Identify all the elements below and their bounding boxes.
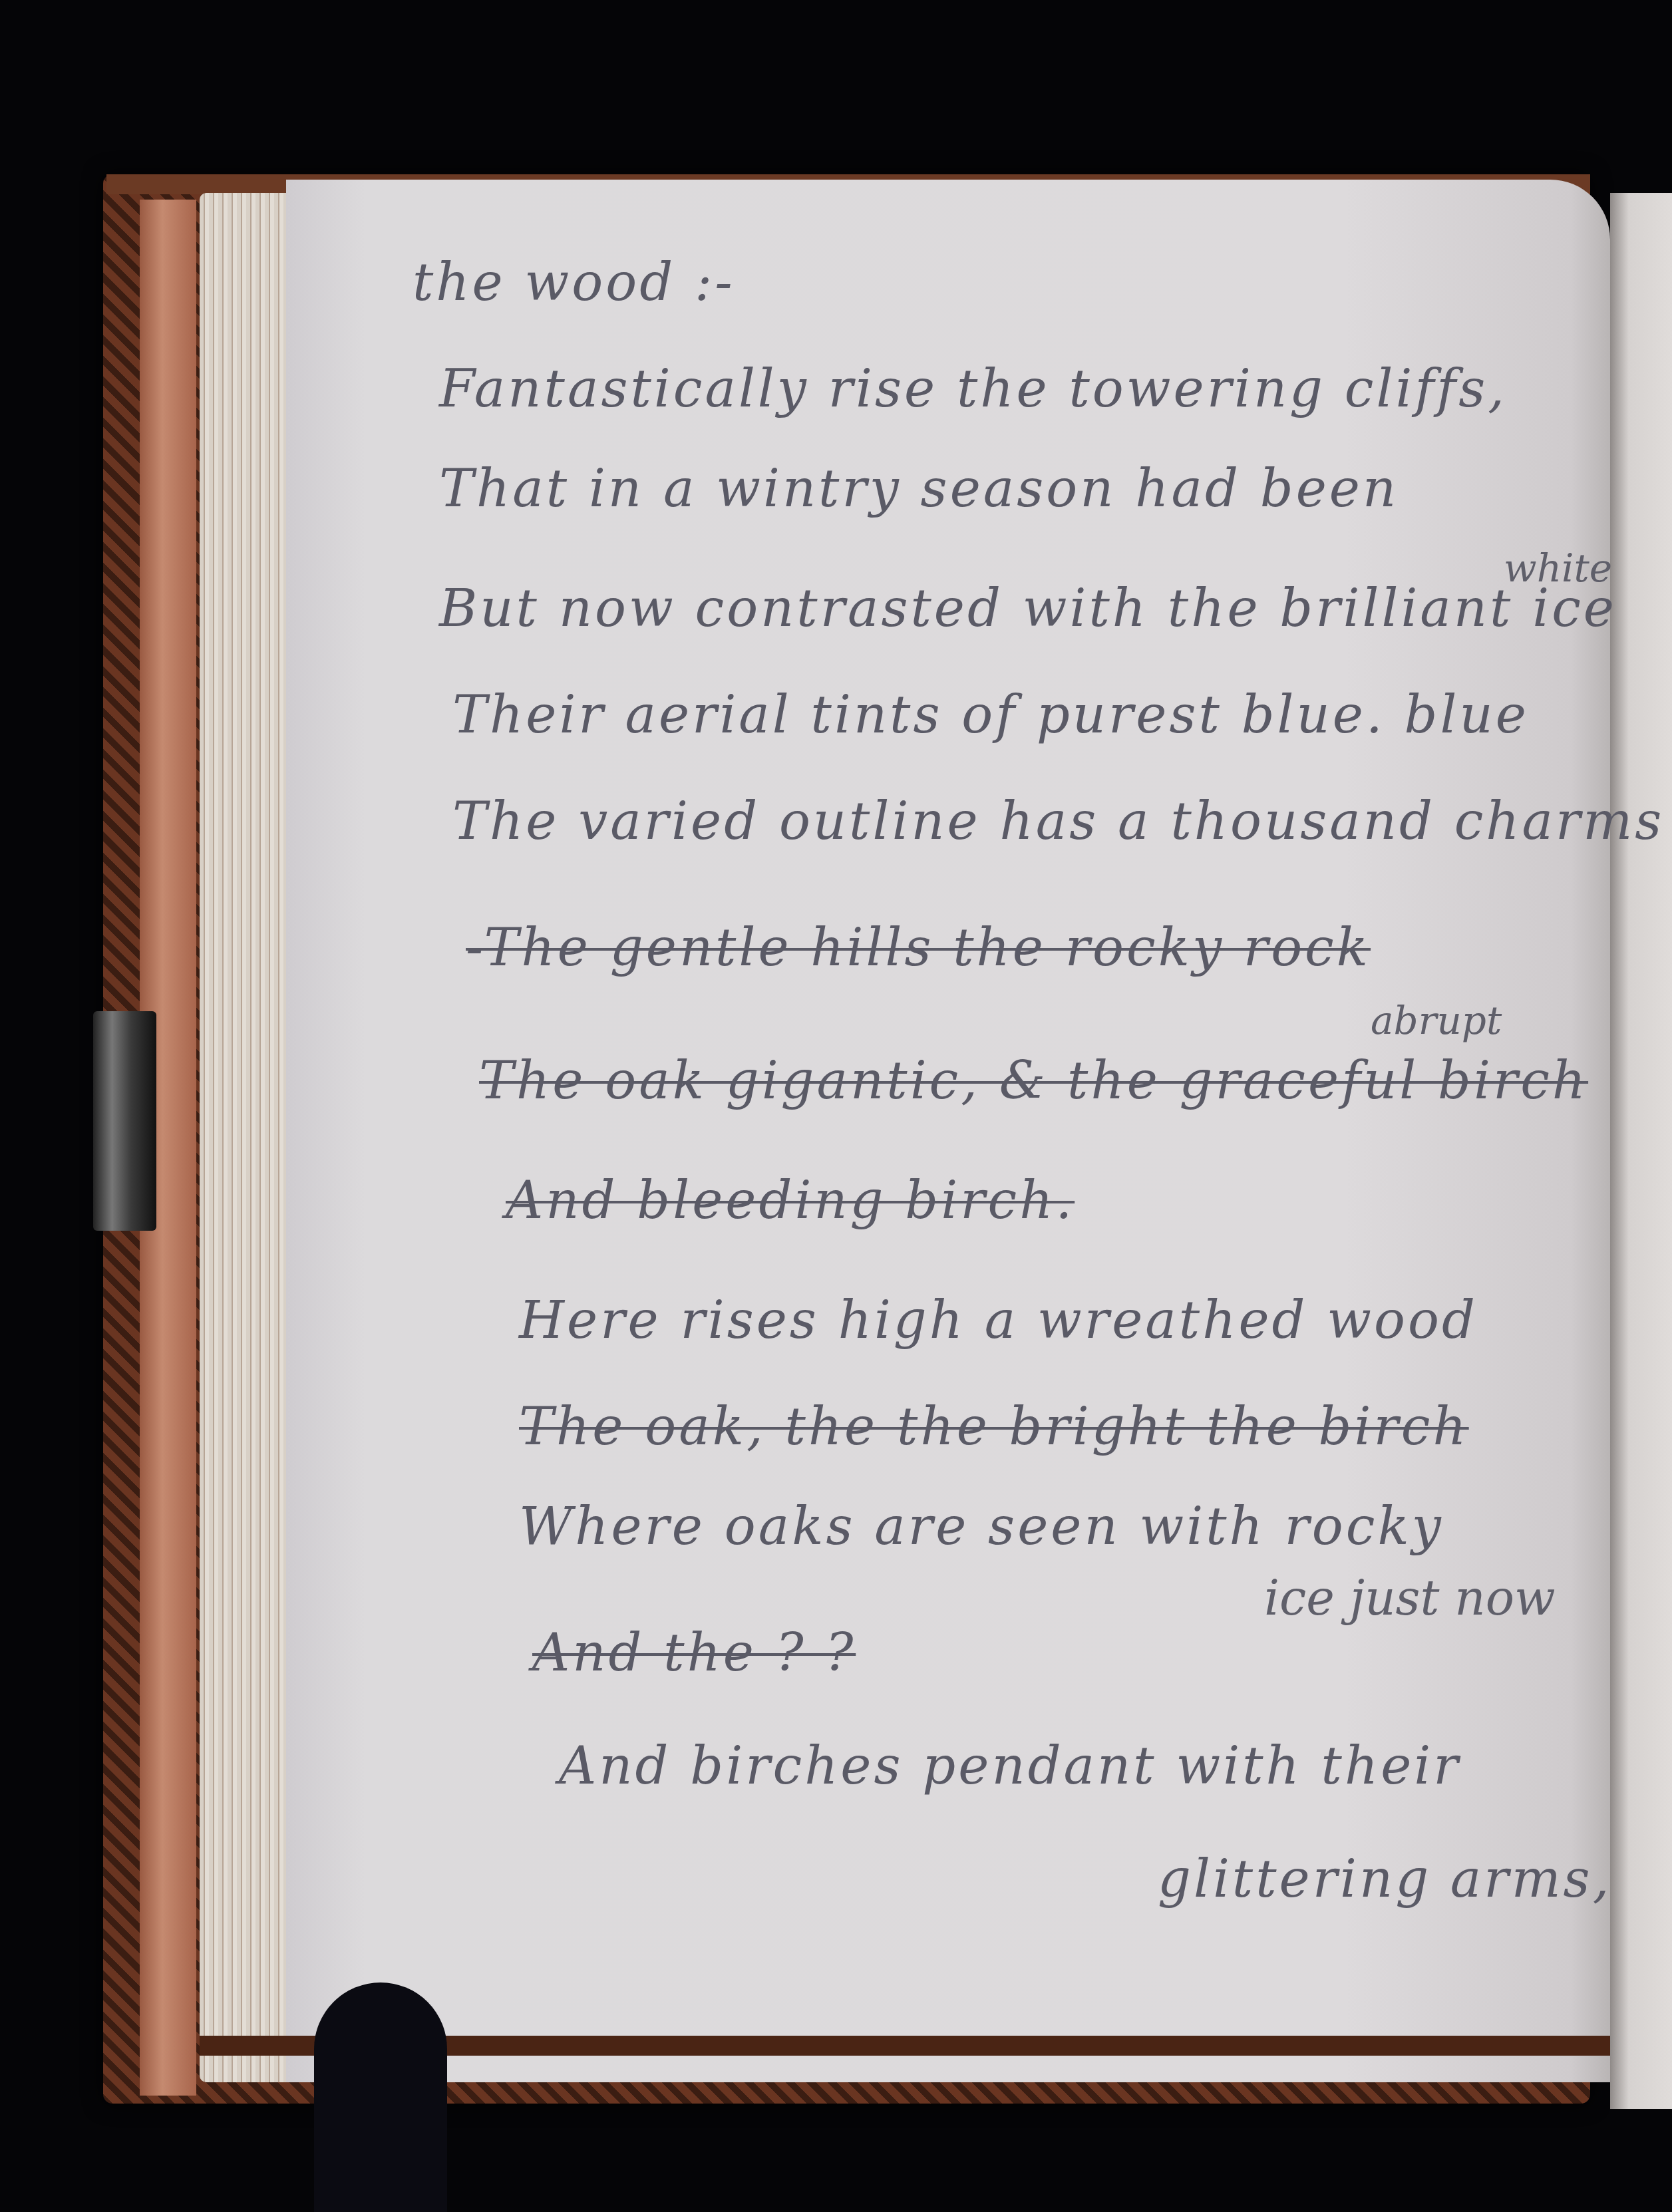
manuscript-line-struck: And bleeding birch. bbox=[506, 1171, 1075, 1231]
manuscript-line: Their aerial tints of purest blue. blue bbox=[452, 685, 1529, 745]
manuscript-line-struck: -The gentle hills the rocky rock bbox=[466, 918, 1371, 978]
manuscript-line: glittering arms, bbox=[1158, 1849, 1611, 1909]
manuscript-line: But now contrasted with the brilliant ic… bbox=[439, 579, 1617, 639]
manuscript-line: The varied outline has a thousand charms bbox=[452, 792, 1664, 852]
manuscript-line-struck: The oak, the the bright the birch bbox=[519, 1397, 1469, 1457]
manuscript-line-struck: And the ? ? bbox=[532, 1623, 856, 1683]
manuscript-line: Here rises high a wreathed wood bbox=[519, 1291, 1478, 1350]
metal-clasp bbox=[93, 1011, 156, 1231]
manuscript-line: Fantastically rise the towering cliffs, bbox=[439, 359, 1507, 419]
page-edges-stack bbox=[200, 193, 299, 2082]
insertion-ice-just-now: ice just now bbox=[1264, 1570, 1556, 1626]
gloved-thumb bbox=[314, 1982, 447, 2212]
manuscript-line: And birches pendant with their bbox=[559, 1736, 1461, 1796]
insertion-abrupt: abrupt bbox=[1371, 998, 1502, 1043]
manuscript-line-struck: The oak gigantic, & the graceful birch bbox=[479, 1051, 1588, 1111]
manuscript-line: the wood :- bbox=[413, 253, 735, 313]
facing-page-edge bbox=[1610, 193, 1672, 2109]
manuscript-line: That in a wintry season had been bbox=[439, 459, 1399, 519]
manuscript-line: Where oaks are seen with rocky bbox=[519, 1497, 1444, 1557]
